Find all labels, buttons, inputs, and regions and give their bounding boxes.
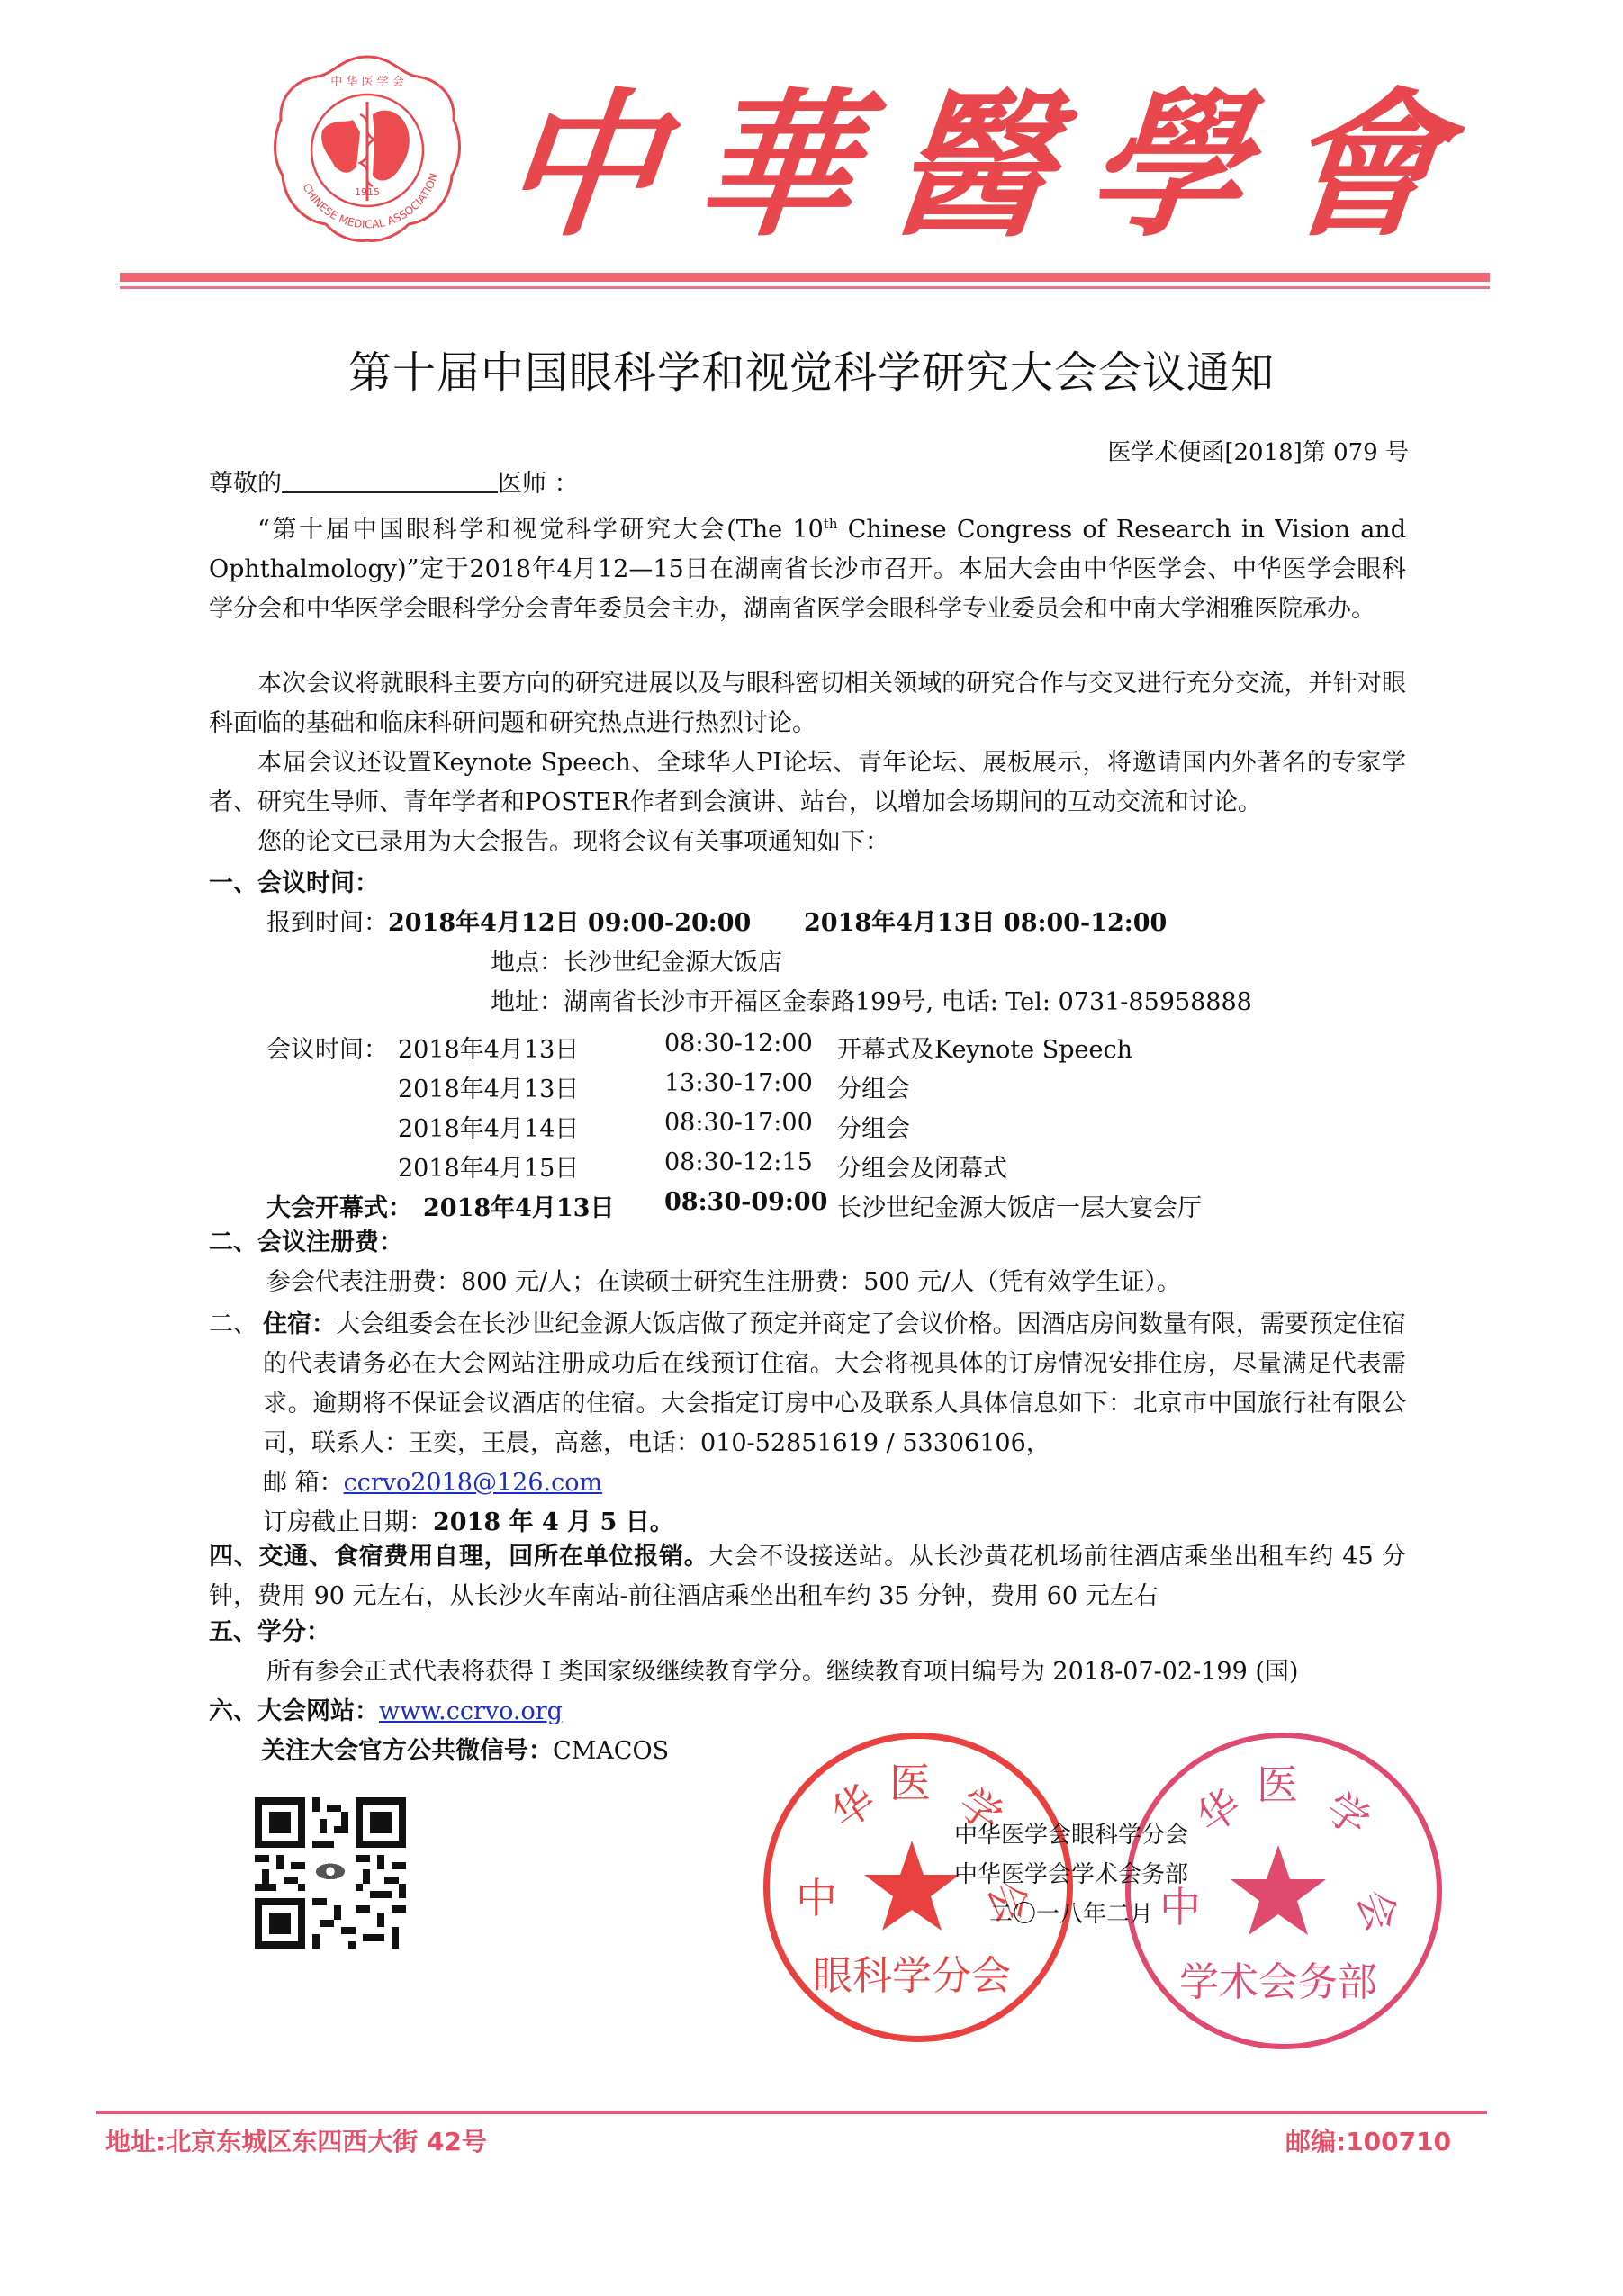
brand-char: 醫: [883, 41, 1068, 266]
footer-rule: [96, 2111, 1487, 2114]
qr-code-icon: [255, 1797, 406, 1949]
booking-deadline: 2018 年 4 月 5 日。: [433, 1508, 674, 1536]
brand-char: 學: [1078, 41, 1263, 266]
website-line: 六、大会网站：www.ccrvo.org: [209, 1699, 563, 1724]
conference-website-link[interactable]: www.ccrvo.org: [379, 1697, 563, 1725]
salutation-prefix: 尊敬的: [209, 470, 282, 498]
signature-date: 二〇一八年二月: [918, 1895, 1224, 1935]
brand-char: 華: [688, 41, 872, 266]
transport-section: 四、交通、食宿费用自理，回所在单位报销。大会不设接送站。从长沙黄花机场前往酒店乘…: [209, 1537, 1406, 1616]
document-title: 第十届中国眼科学和视觉科学研究大会会议通知: [0, 338, 1623, 400]
brand-char: 會: [1274, 41, 1458, 266]
svg-text:1915: 1915: [355, 186, 380, 198]
schedule-label: 会议时间：: [266, 1030, 388, 1065]
document-reference-number: 医学术便函[2018]第 079 号: [1107, 434, 1409, 467]
svg-text:华: 华: [823, 1775, 885, 1839]
svg-text:学术会务部: 学术会务部: [1179, 1959, 1377, 2005]
svg-text:中: 中: [796, 1874, 837, 1922]
intro-paragraph-3: 本届会议还设置Keynote Speech、全球华人PI论坛、青年论坛、展板展示…: [209, 743, 1406, 823]
brand-char: 中: [492, 41, 677, 266]
wechat-id: CMACOS: [553, 1737, 669, 1765]
wechat-qr-code[interactable]: [255, 1797, 406, 1949]
section-2-heading: 二、会议注册费：: [209, 1230, 403, 1255]
registration-fees: 参会代表注册费：800 元/人；在读硕士研究生注册费：500 元/人（凭有效学生…: [266, 1270, 1181, 1294]
credits-text: 所有参会正式代表将获得 I 类国家级继续教育学分。继续教育项目编号为 2018-…: [266, 1660, 1298, 1684]
accommodation-text: 大会组委会在长沙世纪金源大饭店做了预定并商定了会议价格。因酒店房间数量有限，需要…: [263, 1310, 1406, 1457]
intro-paragraph-4: 您的论文已录用为大会报告。现将会议有关事项通知如下：: [209, 823, 1406, 862]
registration-slot-2: 2018年4月13日 08:00-12:00: [804, 911, 1167, 935]
cma-logo-seal: 1915 中 华 医 学 会 CHINESE MEDICAL ASSOCIATI…: [266, 50, 469, 248]
svg-text:学: 学: [1317, 1783, 1379, 1847]
svg-text:医: 医: [1257, 1760, 1298, 1809]
venue-address: 地址：湖南省长沙市开福区金泰路199号, 电话: Tel: 0731-85958…: [491, 990, 1252, 1014]
venue: 地点：长沙世纪金源大饭店: [491, 950, 782, 975]
svg-text:中 华 医 学 会: 中 华 医 学 会: [330, 75, 404, 89]
section-4-heading: 四、交通、食宿费用自理，回所在单位报销。: [209, 1543, 709, 1571]
booking-email-link[interactable]: ccrvo2018@126.com: [344, 1469, 602, 1497]
footer-postcode: 邮编:100710: [1285, 2122, 1451, 2158]
footer-address: 地址:北京东城区东四西大街 42号: [105, 2122, 487, 2158]
section-1-heading: 一、会议时间：: [209, 871, 379, 896]
registration-slot-1: 2018年4月12日 09:00-20:00: [388, 909, 751, 937]
header-rule-thin: [120, 286, 1490, 289]
header-rule-thick: [120, 273, 1490, 282]
recipient-name-blank: [282, 470, 498, 493]
signature-block: 中华医学会眼科学分会 中华医学会学术会务部 二〇一八年二月: [918, 1816, 1224, 1935]
intro-paragraph-2: 本次会议将就眼科主要方向的研究进展以及与眼科密切相关领域的研究合作与交叉进行充分…: [209, 664, 1406, 743]
signature-org-1: 中华医学会眼科学分会: [918, 1816, 1224, 1856]
svg-text:会: 会: [1348, 1883, 1407, 1939]
salutation-suffix: 医师 ：: [498, 470, 579, 498]
section-5-heading: 五、学分：: [209, 1620, 330, 1644]
wechat-line: 关注大会官方公共微信号：CMACOS: [261, 1739, 669, 1763]
brand-calligraphy: 中 華 醫 學 會: [492, 45, 1415, 261]
section-3-heading: 住宿：: [263, 1310, 336, 1338]
svg-text:医: 医: [889, 1759, 931, 1807]
salutation: 尊敬的医师 ：: [209, 470, 579, 496]
section-6-heading: 六、大会网站：: [209, 1697, 379, 1725]
intro-paragraph-1: “第十届中国眼科学和视觉科学研究大会(The 10th Chinese Cong…: [209, 504, 1406, 629]
registration-time: 报到时间：2018年4月12日 09:00-20:00: [266, 911, 751, 935]
accommodation-section: 二、 住宿：大会组委会在长沙世纪金源大饭店做了预定并商定了会议价格。因酒店房间数…: [209, 1305, 1406, 1543]
cma-emblem-icon: 1915 中 华 医 学 会 CHINESE MEDICAL ASSOCIATI…: [266, 50, 469, 248]
signature-org-2: 中华医学会学术会务部: [918, 1856, 1224, 1895]
svg-text:眼科学分会: 眼科学分会: [813, 1953, 1011, 1999]
